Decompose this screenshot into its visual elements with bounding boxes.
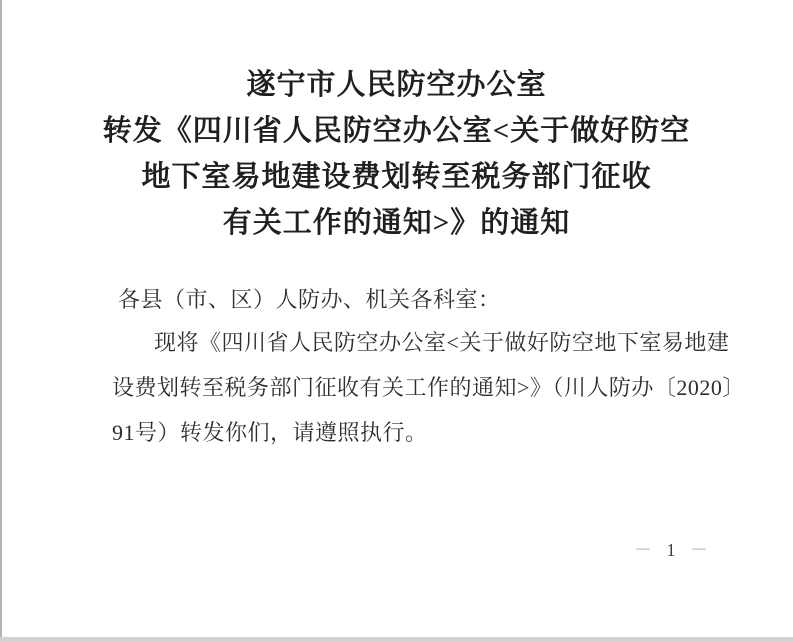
- paragraph-line-2: 设费划转至税务部门征收有关工作的通知>》（川人防办〔2020〕: [112, 365, 732, 410]
- body-paragraph: 现将《四川省人民防空办公室<关于做好防空地下室易地建 设费划转至税务部门征收有关…: [112, 320, 732, 455]
- document-title: 遂宁市人民防空办公室 转发《四川省人民防空办公室<关于做好防空 地下室易地建设费…: [0, 62, 793, 246]
- document-page: 遂宁市人民防空办公室 转发《四川省人民防空办公室<关于做好防空 地下室易地建设费…: [0, 0, 793, 641]
- page-number-value: 1: [667, 540, 681, 560]
- title-line-1: 遂宁市人民防空办公室: [0, 62, 793, 108]
- paragraph-line-3: 91号）转发你们，请遵照执行。: [112, 410, 732, 455]
- salutation: 各县（市、区）人防办、机关各科室：: [118, 283, 501, 314]
- page-number-dash-right: －: [690, 540, 713, 560]
- page-number: － 1 －: [634, 536, 713, 562]
- title-line-4: 有关工作的通知>》的通知: [0, 200, 793, 246]
- scan-edge-bottom: [0, 637, 793, 641]
- title-line-3: 地下室易地建设费划转至税务部门征收: [0, 154, 793, 200]
- title-line-2: 转发《四川省人民防空办公室<关于做好防空: [0, 108, 793, 154]
- paragraph-line-1: 现将《四川省人民防空办公室<关于做好防空地下室易地建: [112, 320, 732, 365]
- page-number-dash-left: －: [634, 540, 657, 560]
